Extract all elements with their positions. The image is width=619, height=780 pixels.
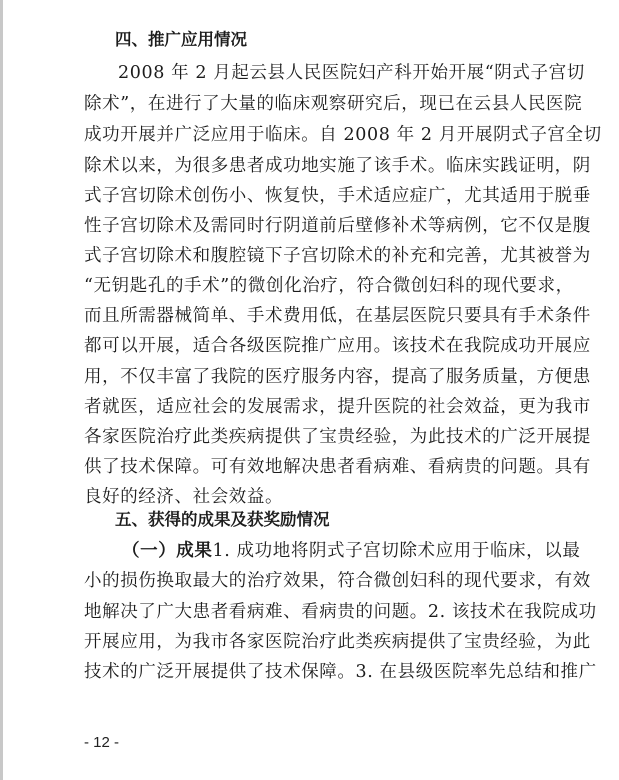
section-heading-achievements: 五、获得的成果及获奖励情况 xyxy=(115,507,330,533)
paragraph-line: 成功开展并广泛应用于临床。自 2008 年 2 月开展阴式子宫全切 xyxy=(84,120,546,150)
paragraph-line: 小的损伤换取最大的治疗效果，符合微创妇科的现代要求，有效 xyxy=(84,566,546,596)
paragraph-line: 除术”，在进行了大量的临床观察研究后，现已在云县人民医院 xyxy=(84,89,546,119)
page-number: - 12 - xyxy=(84,734,119,751)
subsection-lead: （一）成果 xyxy=(122,541,213,561)
section-heading-promotion: 四、推广应用情况 xyxy=(115,27,247,53)
paragraph-line: 者就医，适应社会的发展需求，提升医院的社会效益，更为我市 xyxy=(84,392,546,422)
paragraph-line: “无钥匙孔的手术”的微创化治疗，符合微创妇科的现代要求， xyxy=(84,271,546,301)
paragraph-line: 除术以来，为很多患者成功地实施了该手术。临床实践证明，阴 xyxy=(84,151,546,181)
paragraph-line: 都可以开展，适合各级医院推广应用。该技术在我院成功开展应 xyxy=(84,331,546,361)
paragraph-line: 各家医院治疗此类疾病提供了宝贵经验，为此技术的广泛开展提 xyxy=(84,422,546,452)
achievements-first-line: （一）成果1. 成功地将阴式子宫切除术应用于临床，以最 xyxy=(122,536,546,566)
paragraph-line: 供了技术保障。可有效地解决患者看病难、看病贵的问题。具有 xyxy=(84,452,546,482)
paragraph-line: 2008 年 2 月起云县人民医院妇产科开始开展“阴式子宫切 xyxy=(118,58,546,88)
paragraph-line: 式子宫切除术创伤小、恢复快，手术适应症广，尤其适用于脱垂 xyxy=(84,181,546,211)
paragraph-line: 地解决了广大患者看病难、看病贵的问题。2. 该技术在我院成功 xyxy=(84,597,546,627)
paragraph-line: 式子宫切除术和腹腔镜下子宫切除术的补充和完善，尤其被誉为 xyxy=(84,241,546,271)
paragraph-line: 用，不仅丰富了我院的医疗服务内容，提高了服务质量，方便患 xyxy=(84,362,546,392)
paragraph-line: 性子宫切除术及需同时行阴道前后壁修补术等病例，它不仅是腹 xyxy=(84,211,546,241)
first-line-text: 1. 成功地将阴式子宫切除术应用于临床，以最 xyxy=(213,541,581,561)
paragraph-line: 而且所需器械简单、手术费用低，在基层医院只要具有手术条件 xyxy=(84,301,546,331)
paragraph-line: 开展应用，为我市各家医院治疗此类疾病提供了宝贵经验，为此 xyxy=(84,627,546,657)
paragraph-line: 技术的广泛开展提供了技术保障。3. 在县级医院率先总结和推广 xyxy=(84,657,546,687)
document-page: 四、推广应用情况 2008 年 2 月起云县人民医院妇产科开始开展“阴式子宫切 … xyxy=(0,0,619,780)
